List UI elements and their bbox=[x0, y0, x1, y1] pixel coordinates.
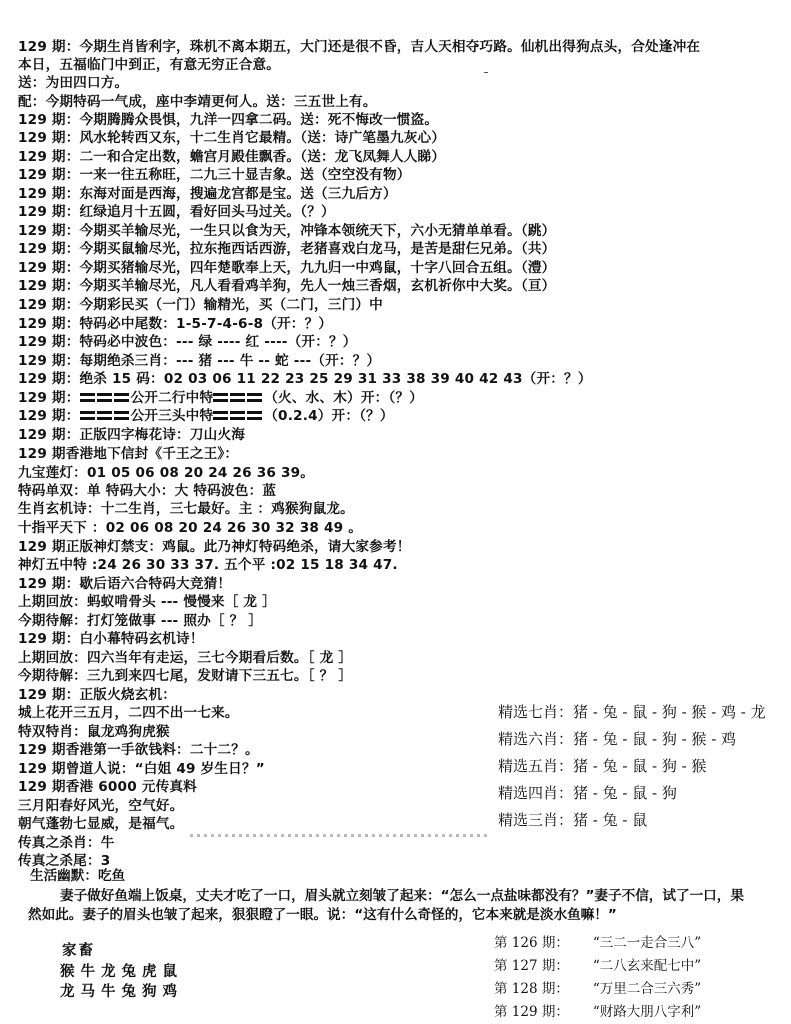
period-quote: “二八玄来配七中” bbox=[593, 957, 701, 975]
text-line: 城上花开三五月，二四不出一七来。 bbox=[18, 704, 239, 722]
text-line: 129 期：特码必中波色：--- 绿 ---- 红 ----（开：？） bbox=[18, 333, 357, 351]
text-line: 129 期：正版火烧玄机： bbox=[18, 686, 176, 704]
period-quote: “财路大朋八字利” bbox=[593, 1003, 701, 1021]
pick-row: 精选六肖：猪 - 兔 - 鼠 - 狗 - 猴 - 鸡 bbox=[498, 730, 736, 748]
text-line: 129 期香港地下信封《千王之王》： bbox=[18, 445, 238, 463]
text-line: 129 期：正版四字梅花诗：刀山火海 bbox=[18, 426, 245, 444]
text-line: 神灯五中特 :24 26 30 33 37. 五个平 :02 15 18 34 … bbox=[18, 556, 398, 574]
text-line: 129 期：今期买猪输尽光，四年楚歌奉上天，九九归一中鸡鼠，十字八回合五组。（澧… bbox=[18, 259, 555, 277]
pick-label: 精选三肖： bbox=[498, 811, 573, 829]
text-line: 129 期：一来一往五称旺，二九三十显吉象。送（空空没有物） bbox=[18, 166, 411, 184]
period-label: 第 129 期： bbox=[494, 1004, 569, 1020]
text-line: 生肖玄机诗：十二生肖，三七最好。主 ：鸡猴狗鼠龙。 bbox=[18, 500, 354, 518]
period-row: 第 129 期：“财路大朋八字利” bbox=[494, 1003, 701, 1021]
period-quote: “三二一走合三八” bbox=[593, 934, 701, 952]
period-row: 第 127 期：“二八玄来配七中” bbox=[494, 957, 701, 975]
period-quote: “万里二合三六秀” bbox=[593, 980, 701, 998]
text-line: 特双特肖：鼠龙鸡狗虎猴 bbox=[18, 723, 170, 741]
pick-label: 精选六肖： bbox=[498, 730, 573, 748]
text-line: 129 期：今期腾腾众畏惧，九洋一四拿二码。送：死不悔改一惯盗。 bbox=[18, 111, 438, 129]
bar-line: 129 期：公开三头中特（0.2.4）开：（？） bbox=[18, 407, 394, 425]
text-line: 129 期香港第一手欲钱料：二十二？。 bbox=[18, 741, 259, 759]
period-row: 第 128 期：“万里二合三六秀” bbox=[494, 980, 701, 998]
livestock-title: 家畜 bbox=[62, 942, 95, 961]
livestock-row: 猴牛龙兔虎鼠 bbox=[60, 963, 183, 982]
text-line: 上期回放：蚂蚁啃骨头 --- 慢慢来［ 龙 ］ bbox=[18, 593, 276, 611]
redacted-bars-icon bbox=[213, 389, 264, 407]
text-line: 129 期正版神灯禁支：鸡鼠。此乃神灯特码绝杀，请大家参考！ bbox=[18, 538, 411, 556]
text-line: 特码单双：单 特码大小：大 特码波色：蓝 bbox=[18, 482, 276, 500]
humor-paragraph-line: 妻子做好鱼端上饭桌，丈夫才吃了一口，眉头就立刻皱了起来：“怎么一点盐味都没有？”… bbox=[60, 886, 744, 906]
pick-row: 精选七肖：猪 - 兔 - 鼠 - 狗 - 猴 - 鸡 - 龙 bbox=[498, 703, 766, 721]
pick-row: 精选三肖：猪 - 兔 - 鼠 bbox=[498, 811, 647, 829]
text-line: 129 期：每期绝杀三肖：--- 猪 --- 牛 -- 蛇 ---（开：？） bbox=[18, 352, 380, 370]
text-line: 129 期香港 6000 元传真料 bbox=[18, 778, 197, 796]
pick-row: 精选五肖：猪 - 兔 - 鼠 - 狗 - 猴 bbox=[498, 757, 706, 775]
period-label: 第 127 期： bbox=[494, 958, 569, 974]
bar-line: 129 期：公开二行中特（火、水、木）开：（？） bbox=[18, 389, 423, 407]
text-line: 129 期：歇后语六合特码大竞猜！ bbox=[18, 575, 231, 593]
pick-label: 精选七肖： bbox=[498, 703, 573, 721]
text-line: 129 期：东海对面是西海，搜遍龙宫都是宝。送（三九后方） bbox=[18, 185, 397, 203]
text-line: 三月阳春好风光，空气好。 bbox=[18, 797, 184, 815]
bar-line-prefix: 129 期： bbox=[18, 408, 80, 424]
text-line: 129 期：今期买鼠输尽光，拉东拖西话西游，老猪喜戏白龙马，是苦是甜仨兄弟。（共… bbox=[18, 240, 555, 258]
pick-value: 猪 - 兔 - 鼠 - 狗 - 猴 - 鸡 - 龙 bbox=[573, 703, 766, 721]
text-line: 129 期曾道人说：“白姐 49 岁生日？” bbox=[18, 760, 265, 778]
humor-paragraph-line: 然如此。妻子的眉头也皱了起来，狠狠瞪了一眼。说：“这有什么奇怪的，它本来就是淡水… bbox=[28, 905, 617, 925]
livestock-row: 龙马牛兔狗鸡 bbox=[60, 983, 183, 1002]
text-line: 配：今期特码一气成，座中李靖更何人。送：三五世上有。 bbox=[18, 93, 377, 111]
pick-value: 猪 - 兔 - 鼠 bbox=[573, 811, 647, 829]
humor-title: 生活幽默：吃鱼 bbox=[30, 866, 125, 886]
pick-label: 精选四肖： bbox=[498, 784, 573, 802]
text-line: 今期待解：打灯笼做事 --- 照办［ ？ ］ bbox=[18, 612, 262, 630]
text-line: 九宝莲灯：01 05 06 08 20 24 26 36 39。 bbox=[18, 464, 314, 482]
pick-row: 精选四肖：猪 - 兔 - 鼠 - 狗 bbox=[498, 784, 677, 802]
pick-value: 猪 - 兔 - 鼠 - 狗 bbox=[573, 784, 677, 802]
text-line: 送：为田四口方。 bbox=[18, 74, 128, 92]
text-line: 上期回放：四六当年有走运，三七今期看后数。［ 龙 ］ bbox=[18, 649, 352, 667]
text-line: 十指平天下 ：02 06 08 20 24 26 30 32 38 49 。 bbox=[18, 519, 362, 537]
pick-label: 精选五肖： bbox=[498, 757, 573, 775]
period-row: 第 126 期：“三二一走合三八” bbox=[494, 934, 701, 952]
text-line: 129 期：今期彩民买（一门）输精光，买（二门，三门）中 bbox=[18, 296, 383, 314]
text-line: 本日，五福临门中到正，有意无穷正合意。 bbox=[18, 56, 280, 74]
text-line: 129 期：二一和合定出数，蟾宫月殿佳飘香。（送：龙飞凤舞人人睇） bbox=[18, 148, 445, 166]
pick-value: 猪 - 兔 - 鼠 - 狗 - 猴 - 鸡 bbox=[573, 730, 736, 748]
text-line: 朝气蓬勃七显威，是福气。 bbox=[18, 815, 184, 833]
text-line: 129 期：今期买羊输尽光，一生只以食为天，冲锋本领统天下，六小无猜单单看。（跳… bbox=[18, 222, 555, 240]
text-line: 129 期：今期生肖皆利字，珠机不离本期五，大门还是很不昏，吉人天相夺巧路。仙机… bbox=[18, 38, 700, 56]
text-line: 今期待解：三九到来四七尾，发财请下三五七。［ ？ ］ bbox=[18, 667, 352, 685]
text-line: 129 期：今期买羊输尽光，凡人看看鸡羊狗，先人一烛三香烟，玄机祈你中大奖。（亘… bbox=[18, 277, 555, 295]
stray-mark bbox=[484, 72, 488, 73]
bar-line-suffix: （火、水、木）开：（？） bbox=[264, 390, 423, 406]
redacted-bars-icon bbox=[80, 407, 131, 425]
pick-value: 猪 - 兔 - 鼠 - 狗 - 猴 bbox=[573, 757, 706, 775]
period-label: 第 126 期： bbox=[494, 935, 569, 951]
redacted-bars-icon bbox=[213, 407, 264, 425]
bar-line-middle: 公开三头中特 bbox=[131, 408, 214, 424]
text-line: 129 期：风水轮转西又东，十二生肖它最精。（送：诗广笔墨九灰心） bbox=[18, 129, 445, 147]
text-line: 129 期：绝杀 15 码：02 03 06 11 22 23 25 29 31… bbox=[18, 370, 592, 388]
text-line: 129 期：特码必中尾数：1-5-7-4-6-8（开：？） bbox=[18, 315, 332, 333]
text-line: 129 期：红绿追月十五圆，看好回头马过关。（？） bbox=[18, 203, 335, 221]
text-line: 129 期：白小幕特码玄机诗！ bbox=[18, 630, 204, 648]
bar-line-prefix: 129 期： bbox=[18, 390, 80, 406]
bar-line-suffix: （0.2.4）开：（？） bbox=[264, 408, 393, 424]
redacted-bars-icon bbox=[80, 389, 131, 407]
text-line: 传真之杀肖：牛 bbox=[18, 834, 115, 852]
period-label: 第 128 期： bbox=[494, 981, 569, 997]
faint-watermark-text bbox=[190, 834, 490, 837]
bar-line-middle: 公开二行中特 bbox=[131, 390, 214, 406]
